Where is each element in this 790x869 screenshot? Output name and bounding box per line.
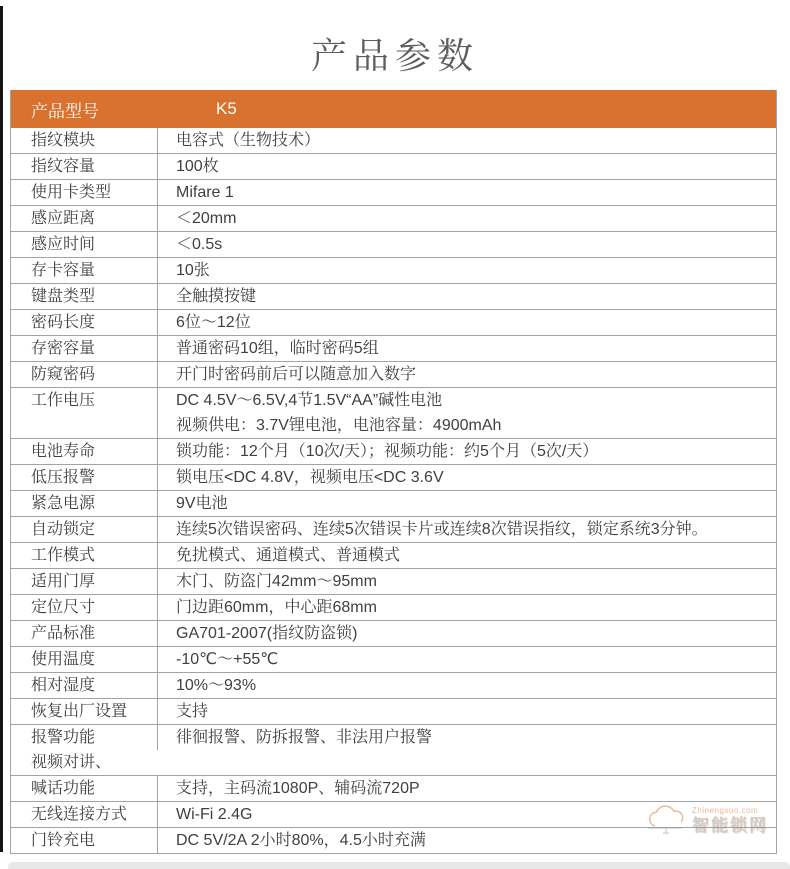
row-label-line: 产品标准 — [31, 621, 158, 646]
row-label: 恢复出厂设置 — [11, 699, 158, 724]
row-label: 密码长度 — [11, 310, 158, 335]
table-row: 使用卡类型Mifare 1 — [11, 180, 776, 206]
row-label-line: 恢复出厂设置 — [31, 699, 158, 724]
table-row: 存卡容量10张 — [11, 258, 776, 284]
table-row: 定位尺寸门边距60mm，中心距68mm — [11, 595, 776, 621]
header-label: 产品型号 — [11, 97, 158, 122]
row-value-line: 锁电压<DC 4.8V，视频电压<DC 3.6V — [176, 465, 766, 490]
row-label-line: 密码长度 — [31, 310, 158, 335]
row-value: 免扰模式、通道模式、普通模式 — [158, 543, 776, 568]
row-value-line: DC 4.5V～6.5V,4节1.5V“AA”碱性电池 — [176, 388, 766, 413]
table-row: 低压报警锁电压<DC 4.8V，视频电压<DC 3.6V — [11, 465, 776, 491]
row-value-line: -10℃～+55℃ — [176, 647, 766, 672]
table-row: 无线连接方式Wi-Fi 2.4G — [11, 802, 776, 828]
row-label: 报警功能视频对讲、 — [11, 725, 158, 775]
table-row: 感应距离＜20mm — [11, 206, 776, 232]
row-value-line: GA701-2007(指纹防盗锁) — [176, 621, 766, 646]
row-label-line: 电池寿命 — [31, 439, 158, 464]
row-label: 定位尺寸 — [11, 595, 158, 620]
table-row: 指纹模块电容式（生物技术） — [11, 128, 776, 154]
row-value: DC 5V/2A 2小时80%，4.5小时充满 — [158, 828, 776, 853]
table-row: 工作电压DC 4.5V～6.5V,4节1.5V“AA”碱性电池视频供电：3.7V… — [11, 388, 776, 439]
row-value-line: ＜20mm — [176, 206, 766, 231]
row-label: 指纹模块 — [11, 128, 158, 153]
row-value: 门边距60mm，中心距68mm — [158, 595, 776, 620]
row-label: 感应时间 — [11, 232, 158, 257]
row-value-line: 支持，主码流1080P、辅码流720P — [176, 776, 766, 801]
row-label: 产品标准 — [11, 621, 158, 646]
row-label: 存密容量 — [11, 336, 158, 361]
row-label: 工作电压 — [11, 388, 158, 438]
row-label-line: 适用门厚 — [31, 569, 158, 594]
row-value-line: 门边距60mm，中心距68mm — [176, 595, 766, 620]
row-label-line: 防窥密码 — [31, 362, 158, 387]
row-value: 支持，主码流1080P、辅码流720P — [158, 776, 776, 801]
table-row: 指纹容量100枚 — [11, 154, 776, 180]
row-label: 防窥密码 — [11, 362, 158, 387]
row-value-line: 电容式（生物技术） — [176, 128, 766, 153]
row-label-line: 感应距离 — [31, 206, 158, 231]
row-label: 低压报警 — [11, 465, 158, 490]
row-label-line: 无线连接方式 — [31, 802, 158, 827]
row-value-line: 全触摸按键 — [176, 284, 766, 309]
row-value-line: 开门时密码前后可以随意加入数字 — [176, 362, 766, 387]
left-edge-strip — [0, 6, 3, 852]
spec-table: 产品型号 K5 指纹模块电容式（生物技术）指纹容量100枚使用卡类型Mifare… — [10, 90, 777, 854]
table-row: 防窥密码开门时密码前后可以随意加入数字 — [11, 362, 776, 388]
row-value-line: 徘徊报警、防拆报警、非法用户报警 — [176, 725, 766, 750]
row-label: 相对湿度 — [11, 673, 158, 698]
row-value: DC 4.5V～6.5V,4节1.5V“AA”碱性电池视频供电：3.7V锂电池，… — [158, 388, 776, 438]
row-value: -10℃～+55℃ — [158, 647, 776, 672]
row-value: 木门、防盗门42mm～95mm — [158, 569, 776, 594]
row-value: 连续5次错误密码、连续5次错误卡片或连续8次错误指纹，锁定系统3分钟。 — [158, 517, 776, 542]
row-value-line: 10张 — [176, 258, 766, 283]
row-label: 无线连接方式 — [11, 802, 158, 827]
row-value: 徘徊报警、防拆报警、非法用户报警 — [158, 725, 776, 775]
table-row: 产品标准GA701-2007(指纹防盗锁) — [11, 621, 776, 647]
page-title: 产品参数 — [0, 28, 790, 79]
row-value-line — [176, 750, 766, 775]
table-row: 报警功能视频对讲、徘徊报警、防拆报警、非法用户报警 — [11, 725, 776, 776]
row-value: ＜20mm — [158, 206, 776, 231]
row-value: 全触摸按键 — [158, 284, 776, 309]
table-row: 工作模式免扰模式、通道模式、普通模式 — [11, 543, 776, 569]
row-label-line: 指纹模块 — [31, 128, 158, 153]
row-value: ＜0.5s — [158, 232, 776, 257]
row-label: 指纹容量 — [11, 154, 158, 179]
row-label: 紧急电源 — [11, 491, 158, 516]
row-value: 10%～93% — [158, 673, 776, 698]
row-label-line: 存卡容量 — [31, 258, 158, 283]
row-value: 100枚 — [158, 154, 776, 179]
table-row: 存密容量普通密码10组，临时密码5组 — [11, 336, 776, 362]
row-value: Wi-Fi 2.4G — [158, 802, 776, 827]
row-value: 6位～12位 — [158, 310, 776, 335]
row-label-line: 报警功能 — [31, 725, 158, 750]
row-label: 使用温度 — [11, 647, 158, 672]
row-label-line: 低压报警 — [31, 465, 158, 490]
table-row: 键盘类型全触摸按键 — [11, 284, 776, 310]
table-header-row: 产品型号 K5 — [11, 90, 776, 128]
table-row: 自动锁定连续5次错误密码、连续5次错误卡片或连续8次错误指纹，锁定系统3分钟。 — [11, 517, 776, 543]
row-value: GA701-2007(指纹防盗锁) — [158, 621, 776, 646]
row-value-line: 普通密码10组，临时密码5组 — [176, 336, 766, 361]
row-label-line: 存密容量 — [31, 336, 158, 361]
spec-rows: 指纹模块电容式（生物技术）指纹容量100枚使用卡类型Mifare 1感应距离＜2… — [11, 128, 776, 853]
table-row: 相对湿度10%～93% — [11, 673, 776, 699]
row-label-line: 相对湿度 — [31, 673, 158, 698]
row-value: Mifare 1 — [158, 180, 776, 205]
row-value-line: 100枚 — [176, 154, 766, 179]
row-label: 使用卡类型 — [11, 180, 158, 205]
row-label-line: 使用卡类型 — [31, 180, 158, 205]
row-value-line: 木门、防盗门42mm～95mm — [176, 569, 766, 594]
row-value: 支持 — [158, 699, 776, 724]
row-value: 普通密码10组，临时密码5组 — [158, 336, 776, 361]
row-label-line: 使用温度 — [31, 647, 158, 672]
row-label-line: 感应时间 — [31, 232, 158, 257]
table-row: 电池寿命锁功能：12个月（10次/天）；视频功能：约5个月（5次/天） — [11, 439, 776, 465]
table-row: 恢复出厂设置支持 — [11, 699, 776, 725]
row-value: 锁功能：12个月（10次/天）；视频功能：约5个月（5次/天） — [158, 439, 776, 464]
row-value: 锁电压<DC 4.8V，视频电压<DC 3.6V — [158, 465, 776, 490]
row-label-line: 定位尺寸 — [31, 595, 158, 620]
row-value: 电容式（生物技术） — [158, 128, 776, 153]
row-label: 电池寿命 — [11, 439, 158, 464]
row-value: 开门时密码前后可以随意加入数字 — [158, 362, 776, 387]
header-value-model: K5 — [158, 99, 237, 119]
row-label-line: 门铃充电 — [31, 828, 158, 853]
table-row: 使用温度-10℃～+55℃ — [11, 647, 776, 673]
row-value-line: 10%～93% — [176, 673, 766, 698]
row-value: 10张 — [158, 258, 776, 283]
row-value: 9V电池 — [158, 491, 776, 516]
row-label: 键盘类型 — [11, 284, 158, 309]
next-section-edge — [8, 862, 790, 869]
row-value-line: DC 5V/2A 2小时80%，4.5小时充满 — [176, 828, 766, 853]
row-label: 工作模式 — [11, 543, 158, 568]
table-row: 喊话功能支持，主码流1080P、辅码流720P — [11, 776, 776, 802]
row-label: 存卡容量 — [11, 258, 158, 283]
table-row: 适用门厚木门、防盗门42mm～95mm — [11, 569, 776, 595]
table-row: 感应时间＜0.5s — [11, 232, 776, 258]
table-row: 门铃充电DC 5V/2A 2小时80%，4.5小时充满 — [11, 828, 776, 853]
row-label: 感应距离 — [11, 206, 158, 231]
row-value-line: 免扰模式、通道模式、普通模式 — [176, 543, 766, 568]
row-label: 适用门厚 — [11, 569, 158, 594]
row-value-line: 6位～12位 — [176, 310, 766, 335]
row-label-line — [31, 413, 158, 438]
row-label-line: 紧急电源 — [31, 491, 158, 516]
row-value-line: ＜0.5s — [176, 232, 766, 257]
row-value-line: Mifare 1 — [176, 180, 766, 205]
row-label-line: 工作电压 — [31, 388, 158, 413]
row-label: 喊话功能 — [11, 776, 158, 801]
row-label-line: 喊话功能 — [31, 776, 158, 801]
row-label-line: 视频对讲、 — [31, 750, 158, 775]
row-value-line: Wi-Fi 2.4G — [176, 802, 766, 827]
row-label-line: 指纹容量 — [31, 154, 158, 179]
row-value-line: 锁功能：12个月（10次/天）；视频功能：约5个月（5次/天） — [176, 439, 766, 464]
table-row: 紧急电源9V电池 — [11, 491, 776, 517]
row-value-line: 9V电池 — [176, 491, 766, 516]
row-label: 门铃充电 — [11, 828, 158, 853]
table-row: 密码长度6位～12位 — [11, 310, 776, 336]
row-label-line: 工作模式 — [31, 543, 158, 568]
row-label: 自动锁定 — [11, 517, 158, 542]
row-label-line: 自动锁定 — [31, 517, 158, 542]
row-label-line: 键盘类型 — [31, 284, 158, 309]
row-value-line: 连续5次错误密码、连续5次错误卡片或连续8次错误指纹，锁定系统3分钟。 — [176, 517, 766, 542]
row-value-line: 视频供电：3.7V锂电池，电池容量：4900mAh — [176, 413, 766, 438]
row-value-line: 支持 — [176, 699, 766, 724]
